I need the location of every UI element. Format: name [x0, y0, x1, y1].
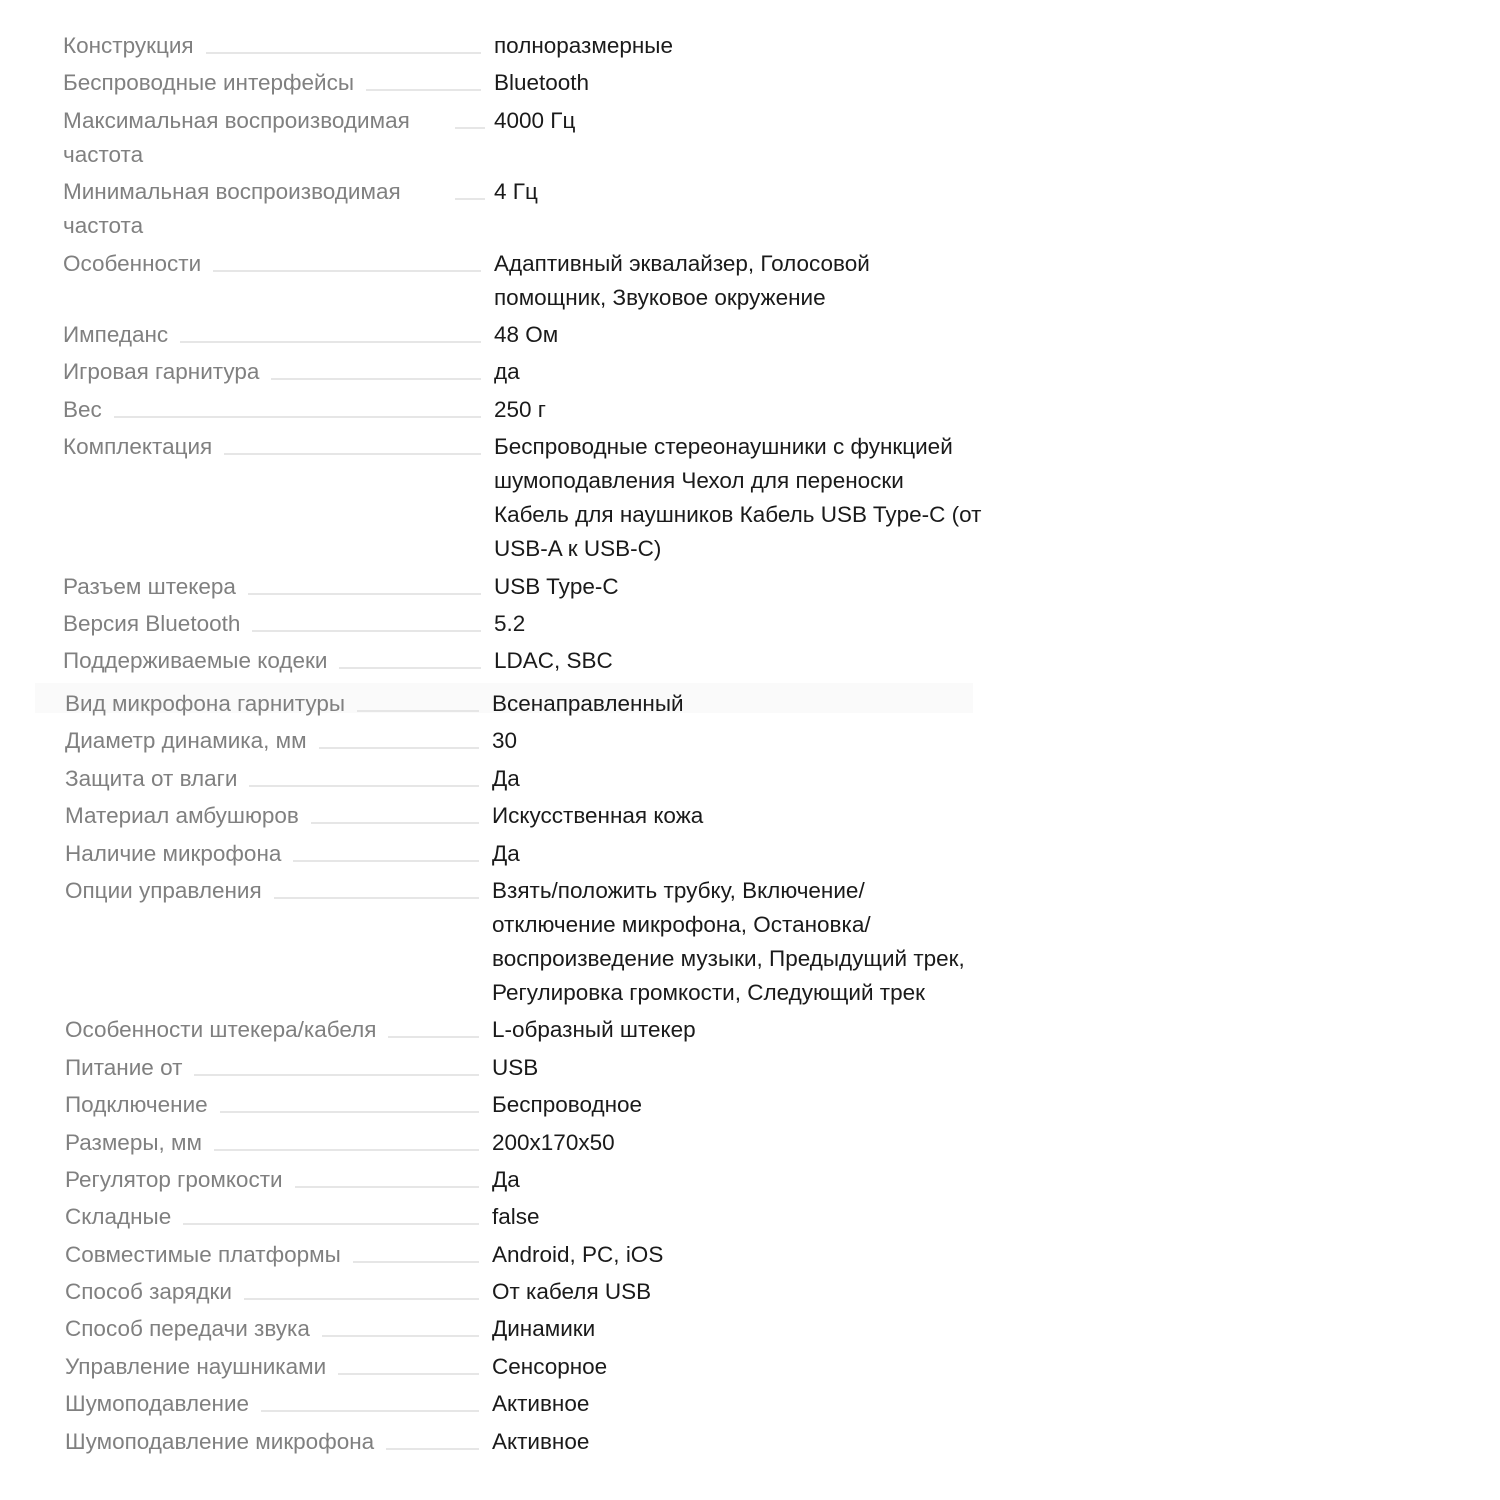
spec-label: Диаметр динамика, мм: [65, 724, 479, 758]
leader-line: [224, 453, 481, 455]
spec-row: Особенности штекера/кабеля L-образный шт…: [65, 1013, 985, 1047]
spec-row: Складные false: [65, 1200, 985, 1234]
spec-value: Android, PC, iOS: [479, 1238, 982, 1272]
spec-label: Вид микрофона гарнитуры: [65, 687, 479, 721]
spec-value: От кабеля USB: [479, 1275, 982, 1309]
spec-row: Игровая гарнитура да: [63, 355, 983, 389]
spec-value: Да: [479, 837, 982, 871]
leader-line: [353, 1261, 479, 1263]
spec-label: Поддерживаемые кодеки: [63, 644, 481, 678]
spec-label: Защита от влаги: [65, 762, 479, 796]
spec-row: Комплектация Беспроводные стереонаушники…: [63, 430, 983, 566]
spec-row: Вес 250 г: [63, 393, 983, 427]
spec-label: Игровая гарнитура: [63, 355, 481, 389]
spec-row: Шумоподавление микрофона Активное: [65, 1425, 985, 1459]
spec-label-text: Регулятор громкости: [65, 1163, 283, 1197]
spec-row: Защита от влаги Да: [65, 762, 985, 796]
spec-row: Подключение Беспроводное: [65, 1088, 985, 1122]
leader-line: [213, 270, 481, 272]
leader-line: [252, 630, 481, 632]
spec-value: Активное: [479, 1387, 982, 1421]
specs-secondary-list: Вид микрофона гарнитуры Всенаправленный …: [65, 687, 985, 1462]
spec-row: Материал амбушюров Искусственная кожа: [65, 799, 985, 833]
spec-label-text: Подключение: [65, 1088, 208, 1122]
spec-label-text: Игровая гарнитура: [63, 355, 259, 389]
spec-label: Питание от: [65, 1051, 479, 1085]
spec-label-text: Особенности штекера/кабеля: [65, 1013, 376, 1047]
leader-line: [183, 1223, 479, 1225]
spec-label-text: Защита от влаги: [65, 762, 237, 796]
spec-row: Версия Bluetooth 5.2: [63, 607, 983, 641]
spec-row: Максимальная воспроизводимая частота 400…: [63, 104, 983, 172]
spec-row: Конструкция полноразмерные: [63, 29, 983, 63]
spec-row: Импеданс 48 Ом: [63, 318, 983, 352]
spec-label-text: Материал амбушюров: [65, 799, 299, 833]
spec-value: Беспроводное: [479, 1088, 982, 1122]
leader-line: [293, 860, 479, 862]
leader-line: [114, 416, 481, 418]
leader-line: [194, 1074, 479, 1076]
leader-line: [339, 667, 481, 669]
spec-row: Питание от USB: [65, 1051, 985, 1085]
spec-label-text: Минимальная воспроизводимая частота: [63, 175, 443, 243]
spec-value: да: [481, 355, 983, 389]
spec-label: Шумоподавление микрофона: [65, 1425, 479, 1459]
leader-line: [271, 378, 481, 380]
spec-label: Беспроводные интерфейсы: [63, 66, 481, 100]
spec-value: LDAC, SBC: [481, 644, 983, 678]
spec-row: Диаметр динамика, мм 30: [65, 724, 985, 758]
spec-label-text: Особенности: [63, 247, 201, 281]
spec-row: Особенности Адаптивный эквалайзер, Голос…: [63, 247, 983, 315]
leader-line: [295, 1186, 479, 1188]
leader-line: [319, 747, 479, 749]
spec-label: Способ зарядки: [65, 1275, 479, 1309]
spec-row: Поддерживаемые кодеки LDAC, SBC: [63, 644, 983, 678]
spec-label: Подключение: [65, 1088, 479, 1122]
leader-line: [206, 52, 481, 54]
spec-value: USB: [479, 1051, 982, 1085]
spec-label: Способ передачи звука: [65, 1312, 479, 1346]
spec-row: Совместимые платформы Android, PC, iOS: [65, 1238, 985, 1272]
spec-label: Опции управления: [65, 874, 479, 908]
spec-row: Способ передачи звука Динамики: [65, 1312, 985, 1346]
leader-line: [338, 1373, 479, 1375]
spec-row: Минимальная воспроизводимая частота 4 Гц: [63, 175, 983, 243]
leader-line: [248, 593, 481, 595]
spec-label: Размеры, мм: [65, 1126, 479, 1160]
spec-row: Опции управления Взять/положить трубку, …: [65, 874, 985, 1010]
spec-row: Шумоподавление Активное: [65, 1387, 985, 1421]
spec-label-text: Поддерживаемые кодеки: [63, 644, 327, 678]
spec-label: Регулятор громкости: [65, 1163, 479, 1197]
spec-label: Комплектация: [63, 430, 481, 464]
spec-label-text: Размеры, мм: [65, 1126, 202, 1160]
spec-label-text: Опции управления: [65, 874, 262, 908]
spec-row: Разъем штекера USB Type-C: [63, 570, 983, 604]
spec-label: Максимальная воспроизводимая частота: [63, 104, 481, 172]
spec-label: Вес: [63, 393, 481, 427]
spec-label: Особенности штекера/кабеля: [65, 1013, 479, 1047]
spec-label: Материал амбушюров: [65, 799, 479, 833]
spec-value: 250 г: [481, 393, 983, 427]
spec-label-text: Способ зарядки: [65, 1275, 232, 1309]
spec-label-text: Складные: [65, 1200, 171, 1234]
spec-label-text: Вес: [63, 393, 102, 427]
spec-value: 4 Гц: [481, 175, 983, 209]
spec-row: Регулятор громкости Да: [65, 1163, 985, 1197]
spec-label: Наличие микрофона: [65, 837, 479, 871]
spec-value: 4000 Гц: [481, 104, 983, 138]
spec-row: Размеры, мм 200x170x50: [65, 1126, 985, 1160]
leader-line: [357, 710, 479, 712]
spec-label-text: Комплектация: [63, 430, 212, 464]
leader-line: [220, 1111, 479, 1113]
spec-label-text: Наличие микрофона: [65, 837, 281, 871]
spec-row: Вид микрофона гарнитуры Всенаправленный: [65, 687, 985, 721]
spec-label-text: Шумоподавление: [65, 1387, 249, 1421]
spec-label-text: Вид микрофона гарнитуры: [65, 687, 345, 721]
leader-line: [244, 1298, 479, 1300]
spec-label-text: Шумоподавление микрофона: [65, 1425, 374, 1459]
leader-line: [249, 785, 479, 787]
spec-value: Активное: [479, 1425, 982, 1459]
spec-value: 48 Ом: [481, 318, 983, 352]
leader-line: [311, 822, 479, 824]
spec-label: Конструкция: [63, 29, 481, 63]
spec-value: Взять/положить трубку, Включение/ отключ…: [479, 874, 982, 1010]
spec-label-text: Максимальная воспроизводимая частота: [63, 104, 443, 172]
spec-row: Беспроводные интерфейсы Bluetooth: [63, 66, 983, 100]
leader-line: [274, 897, 479, 899]
spec-value: L-образный штекер: [479, 1013, 982, 1047]
leader-line: [322, 1335, 479, 1337]
spec-value: 30: [479, 724, 982, 758]
spec-value: Адаптивный эквалайзер, Голосовой помощни…: [481, 247, 983, 315]
spec-value: Bluetooth: [481, 66, 983, 100]
spec-value: Динамики: [479, 1312, 982, 1346]
spec-label-text: Импеданс: [63, 318, 168, 352]
leader-line: [214, 1149, 479, 1151]
spec-label-text: Конструкция: [63, 29, 194, 63]
spec-row: Управление наушниками Сенсорное: [65, 1350, 985, 1384]
spec-label-text: Питание от: [65, 1051, 182, 1085]
spec-label: Складные: [65, 1200, 479, 1234]
spec-row: Наличие микрофона Да: [65, 837, 985, 871]
leader-line: [388, 1036, 479, 1038]
spec-value: Искусственная кожа: [479, 799, 982, 833]
specs-primary-list: Конструкция полноразмерные Беспроводные …: [63, 29, 983, 682]
spec-label: Совместимые платформы: [65, 1238, 479, 1272]
leader-line: [366, 89, 481, 91]
spec-label-text: Управление наушниками: [65, 1350, 326, 1384]
leader-line: [261, 1410, 479, 1412]
spec-label: Минимальная воспроизводимая частота: [63, 175, 481, 243]
spec-value: Сенсорное: [479, 1350, 982, 1384]
spec-row: Способ зарядки От кабеля USB: [65, 1275, 985, 1309]
spec-value: Всенаправленный: [479, 687, 982, 721]
spec-value: USB Type-C: [481, 570, 983, 604]
spec-label-text: Разъем штекера: [63, 570, 236, 604]
spec-label-text: Беспроводные интерфейсы: [63, 66, 354, 100]
spec-label: Версия Bluetooth: [63, 607, 481, 641]
spec-value: Беспроводные стереонаушники с функцией ш…: [481, 430, 983, 566]
spec-label: Импеданс: [63, 318, 481, 352]
spec-label: Управление наушниками: [65, 1350, 479, 1384]
spec-label-text: Способ передачи звука: [65, 1312, 310, 1346]
spec-label-text: Диаметр динамика, мм: [65, 724, 307, 758]
spec-value: false: [479, 1200, 982, 1234]
spec-label: Особенности: [63, 247, 481, 281]
spec-label-text: Версия Bluetooth: [63, 607, 240, 641]
spec-value: полноразмерные: [481, 29, 983, 63]
spec-value: Да: [479, 762, 982, 796]
spec-label: Шумоподавление: [65, 1387, 479, 1421]
spec-value: 5.2: [481, 607, 983, 641]
spec-label-text: Совместимые платформы: [65, 1238, 341, 1272]
spec-label: Разъем штекера: [63, 570, 481, 604]
spec-value: Да: [479, 1163, 982, 1197]
spec-value: 200x170x50: [479, 1126, 982, 1160]
leader-line: [180, 341, 481, 343]
leader-line: [386, 1448, 479, 1450]
